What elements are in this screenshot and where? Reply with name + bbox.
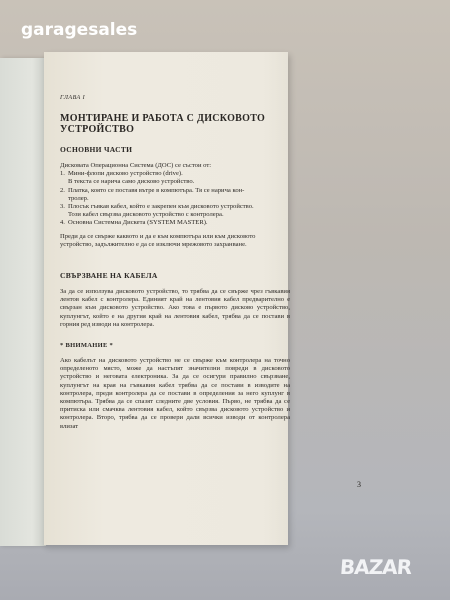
watermark-garagesales: garagesales [21,20,137,40]
section-main-parts: Дисковата Операционна Система (ДОС) се с… [60,162,290,249]
section-heading-main-parts: ОСНОВНИ ЧАСТИ [60,145,290,154]
list-item: 4. Основна Системна Дискета (SYSTEM MAST… [60,219,290,227]
section-cable-body: За да се използува дисковото устройство,… [60,288,290,329]
chapter-label: ГЛАВА I [60,95,290,101]
section-heading-warning: * ВНИМАНИЕ * [60,342,290,349]
section-heading-cable: СВЪРЗВАНЕ НА КАБЕЛА [60,271,290,280]
watermark-bazar: BAZAR [339,555,412,579]
list-item: 1. Мини-флопи дисково устройство (drive)… [60,170,290,186]
list-item: 3. Плосък гъвкав кабел, който е закрепен… [60,203,290,219]
facing-page-edge [0,58,46,546]
section-warning-body: Ако кабелът на дисковото устройство не с… [60,357,290,431]
list-item: 2. Платка, която се поставя вътре в комп… [60,187,290,203]
page-title: МОНТИРАНЕ И РАБОТА С ДИСКОВОТО УСТРОЙСТВ… [60,113,290,135]
page-content: ГЛАВА I МОНТИРАНЕ И РАБОТА С ДИСКОВОТО У… [60,95,290,431]
page-number: 3 [357,480,361,489]
power-off-note: Преди да се свърже каквото и да е към ко… [60,233,290,249]
